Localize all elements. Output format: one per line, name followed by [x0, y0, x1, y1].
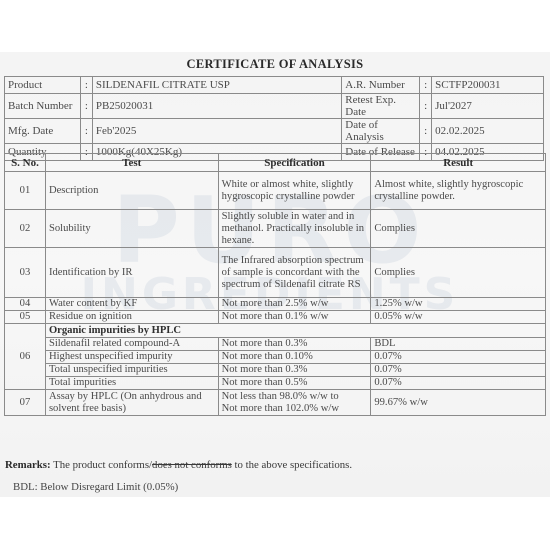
header-label: Product — [5, 77, 81, 94]
cell-specification: White or almost white, slightly hygrosco… — [218, 172, 371, 210]
column-header-sno: S. No. — [5, 154, 46, 172]
header-label: Batch Number — [5, 94, 81, 119]
test-results-table: S. No. Test Specification Result 01Descr… — [4, 153, 546, 416]
cell-specification: Not more than 2.5% w/w — [218, 298, 371, 311]
remarks-label: Remarks: — [5, 459, 51, 471]
cell-test: Identification by IR — [45, 248, 218, 298]
cell-test: Residue on ignition — [45, 311, 218, 324]
cell-result: 0.05% w/w — [371, 311, 546, 324]
header-value: SCTFP200031 — [432, 77, 544, 94]
cell-sno: 02 — [5, 210, 46, 248]
header-colon: : — [420, 119, 432, 144]
table-row-assay: 07Assay by HPLC (On anhydrous and solven… — [5, 390, 546, 416]
cell-sno: 03 — [5, 248, 46, 298]
header-row: Product:SILDENAFIL CITRATE USPA.R. Numbe… — [5, 77, 544, 94]
cell-test: Water content by KF — [45, 298, 218, 311]
header-value: SILDENAFIL CITRATE USP — [92, 77, 341, 94]
cell-specification: Not less than 98.0% w/w toNot more than … — [218, 390, 371, 416]
table-row: 05Residue on ignitionNot more than 0.1% … — [5, 311, 546, 324]
cell-test: Total unspecified impurities — [45, 364, 218, 377]
cell-specification: The Infrared absorption spectrum of samp… — [218, 248, 371, 298]
cell-sno: 04 — [5, 298, 46, 311]
header-colon: : — [80, 77, 92, 94]
table-row-impurity: Highest unspecified impurityNot more tha… — [5, 351, 546, 364]
cell-result: Almost white, slightly hygroscopic cryst… — [371, 172, 546, 210]
column-header-result: Result — [371, 154, 546, 172]
header-row: Mfg. Date:Feb'2025Date of Analysis:02.02… — [5, 119, 544, 144]
header-info-table: Product:SILDENAFIL CITRATE USPA.R. Numbe… — [4, 76, 544, 161]
assay-spec-line2: Not more than 102.0% w/w — [222, 403, 368, 415]
cell-sno: 06 — [5, 324, 46, 390]
remarks-text-post: to the above specifications. — [232, 459, 352, 471]
remarks-text-pre: The product conforms/ — [53, 459, 152, 471]
cell-specification: Slightly soluble in water and in methano… — [218, 210, 371, 248]
cell-test: Description — [45, 172, 218, 210]
header-colon: : — [420, 94, 432, 119]
bdl-note: BDL: Below Disregard Limit (0.05%) — [13, 481, 178, 493]
header-value: Jul'2027 — [432, 94, 544, 119]
header-value: PB25020031 — [92, 94, 341, 119]
cell-impurities-heading: Organic impurities by HPLC — [45, 324, 545, 338]
cell-test: Highest unspecified impurity — [45, 351, 218, 364]
table-row-impurity: Sildenafil related compound-ANot more th… — [5, 338, 546, 351]
cell-test: Assay by HPLC (On anhydrous and solvent … — [45, 390, 218, 416]
cell-result: 1.25% w/w — [371, 298, 546, 311]
column-header-specification: Specification — [218, 154, 371, 172]
cell-specification: Not more than 0.5% — [218, 377, 371, 390]
header-label: Date of Analysis — [342, 119, 420, 144]
table-row-impurities-heading: 06Organic impurities by HPLC — [5, 324, 546, 338]
table-row-impurity: Total unspecified impuritiesNot more tha… — [5, 364, 546, 377]
cell-sno: 01 — [5, 172, 46, 210]
cell-result: 0.07% — [371, 351, 546, 364]
cell-test: Sildenafil related compound-A — [45, 338, 218, 351]
table-row: 01DescriptionWhite or almost white, slig… — [5, 172, 546, 210]
table-row: 02SolubilitySlightly soluble in water an… — [5, 210, 546, 248]
table-row-impurity: Total impuritiesNot more than 0.5%0.07% — [5, 377, 546, 390]
cell-sno: 07 — [5, 390, 46, 416]
cell-specification: Not more than 0.1% w/w — [218, 311, 371, 324]
column-header-test: Test — [45, 154, 218, 172]
cell-result: 0.07% — [371, 377, 546, 390]
header-label: Mfg. Date — [5, 119, 81, 144]
header-label: Retest Exp. Date — [342, 94, 420, 119]
header-row: Batch Number:PB25020031Retest Exp. Date:… — [5, 94, 544, 119]
remarks-text-struck: does not conforms — [152, 459, 232, 471]
cell-result: BDL — [371, 338, 546, 351]
cell-test: Solubility — [45, 210, 218, 248]
table-row: 03Identification by IRThe Infrared absor… — [5, 248, 546, 298]
header-value: 02.02.2025 — [432, 119, 544, 144]
document-title: CERTIFICATE OF ANALYSIS — [0, 57, 550, 72]
cell-specification: Not more than 0.10% — [218, 351, 371, 364]
cell-result: 0.07% — [371, 364, 546, 377]
header-colon: : — [80, 119, 92, 144]
cell-result: Complies — [371, 210, 546, 248]
table-header-row: S. No. Test Specification Result — [5, 154, 546, 172]
assay-spec-line1: Not less than 98.0% w/w to — [222, 391, 368, 403]
cell-test: Total impurities — [45, 377, 218, 390]
cell-result: 99.67% w/w — [371, 390, 546, 416]
remarks: Remarks: The product conforms/does not c… — [5, 459, 352, 471]
header-colon: : — [420, 77, 432, 94]
cell-specification: Not more than 0.3% — [218, 364, 371, 377]
cell-result: Complies — [371, 248, 546, 298]
cell-specification: Not more than 0.3% — [218, 338, 371, 351]
header-label: A.R. Number — [342, 77, 420, 94]
header-colon: : — [80, 94, 92, 119]
cell-sno: 05 — [5, 311, 46, 324]
table-row: 04Water content by KFNot more than 2.5% … — [5, 298, 546, 311]
header-value: Feb'2025 — [92, 119, 341, 144]
